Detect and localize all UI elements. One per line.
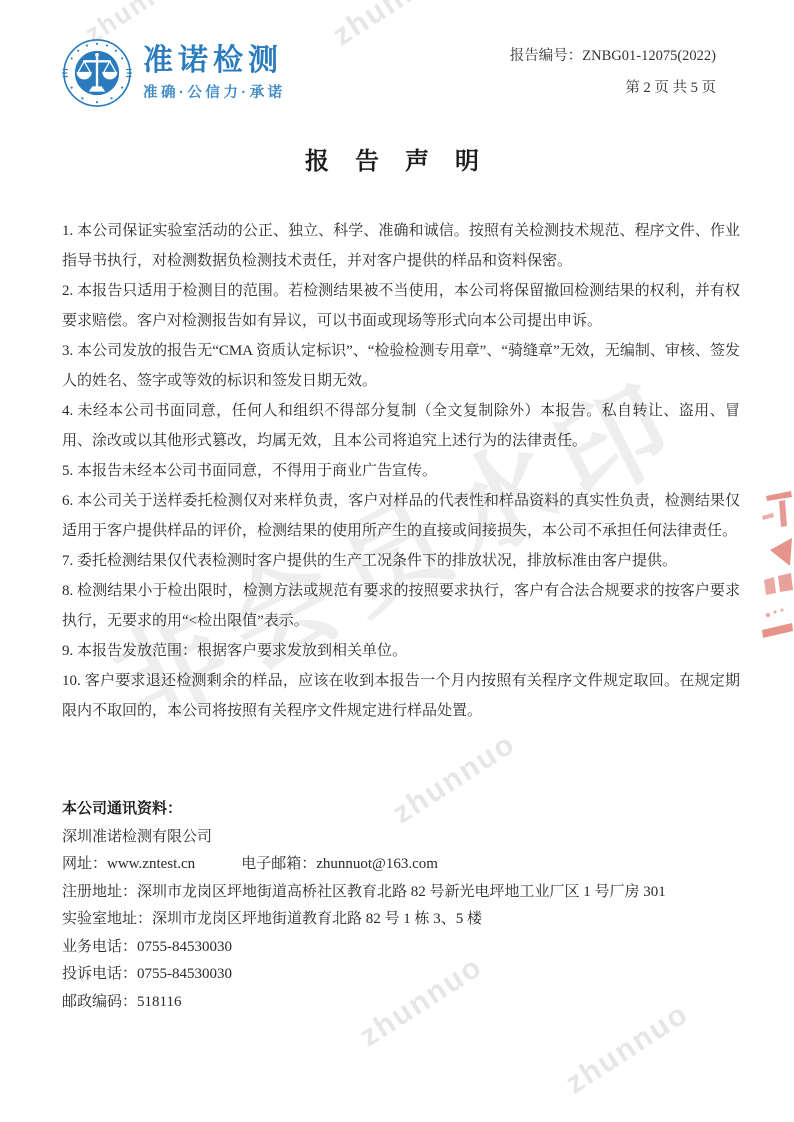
contact-heading: 本公司通讯资料：: [62, 796, 740, 824]
statement-item-4: 4. 未经本公司书面同意，任何人和组织不得部分复制（全文复制除外）本报告。私自转…: [62, 396, 740, 456]
brand: 准诺检测 准确·公信力·承诺: [62, 38, 286, 108]
contact-business-phone: 业务电话：0755-84530030: [62, 934, 740, 962]
edge-seal-stamp-icon: [758, 488, 794, 650]
contact-complaint-phone: 投诉电话：0755-84530030: [62, 961, 740, 989]
statement-item-3: 3. 本公司发放的报告无“CMA 资质认定标识”、“检验检测专用章”、“骑缝章”…: [62, 336, 740, 396]
contact-section: 本公司通讯资料： 深圳准诺检测有限公司 网址：www.zntest.cn电子邮箱…: [62, 796, 740, 1016]
statement-item-5: 5. 本报告未经本公司书面同意，不得用于商业广告宣传。: [62, 456, 740, 486]
statement-item-7: 7. 委托检测结果仅代表检测时客户提供的生产工况条件下的排放状况，排放标准由客户…: [62, 546, 740, 576]
report-header: 准诺检测 准确·公信力·承诺 报告编号：ZNBG01-12075(2022) 第…: [62, 38, 744, 108]
statement-item-6: 6. 本公司关于送样委托检测仅对来样负责，客户对样品的代表性和样品资料的真实性负…: [62, 486, 740, 546]
report-meta: 报告编号：ZNBG01-12075(2022) 第 2 页 共 5 页: [510, 38, 744, 97]
report-number: 报告编号：ZNBG01-12075(2022): [510, 44, 716, 65]
brand-text: 准诺检测 准确·公信力·承诺: [143, 44, 286, 102]
brand-slogan: 准确·公信力·承诺: [143, 81, 286, 102]
report-number-label: 报告编号：: [510, 48, 583, 64]
report-page: 非会员水印 zhunnuo zhunnuo zhunnuo zhunnuo zh…: [0, 0, 794, 1122]
page-indicator: 第 2 页 共 5 页: [510, 76, 716, 97]
statement-item-2: 2. 本报告只适用于检测目的范围。若检测结果被不当使用，本公司将保留撤回检测结果…: [62, 276, 740, 336]
statement-item-10: 10. 客户要求退还检测剩余的样品，应该在收到本报告一个月内按照有关程序文件规定…: [62, 666, 740, 726]
contact-web-email-line: 网址：www.zntest.cn电子邮箱：zhunnuot@163.com: [62, 851, 740, 879]
email-value: zhunnuot@163.com: [316, 856, 438, 872]
page-title: 报 告 声 明: [0, 141, 794, 176]
contact-reg-address: 注册地址：深圳市龙岗区坪地街道高桥社区教育北路 82 号新光电坪地工业厂区 1 …: [62, 879, 740, 907]
website-label: 网址：: [62, 856, 107, 872]
contact-lab-address: 实验室地址：深圳市龙岗区坪地街道教育北路 82 号 1 栋 3、5 楼: [62, 906, 740, 934]
report-number-value: ZNBG01-12075(2022): [582, 48, 716, 64]
brand-name: 准诺检测: [143, 44, 286, 78]
statement-item-9: 9. 本报告发放范围：根据客户要求发放到相关单位。: [62, 636, 740, 666]
contact-company: 深圳准诺检测有限公司: [62, 824, 740, 852]
email-label: 电子邮箱：: [241, 856, 316, 872]
contact-postal-code: 邮政编码：518116: [62, 989, 740, 1017]
company-logo-icon: [62, 38, 132, 108]
statement-item-8: 8. 检测结果小于检出限时，检测方法或规范有要求的按照要求执行，客户有合法合规要…: [62, 576, 740, 636]
statement-item-1: 1. 本公司保证实验室活动的公正、独立、科学、准确和诚信。按照有关检测技术规范、…: [62, 216, 740, 276]
statements-list: 1. 本公司保证实验室活动的公正、独立、科学、准确和诚信。按照有关检测技术规范、…: [62, 216, 740, 726]
website-value: www.zntest.cn: [107, 856, 195, 872]
